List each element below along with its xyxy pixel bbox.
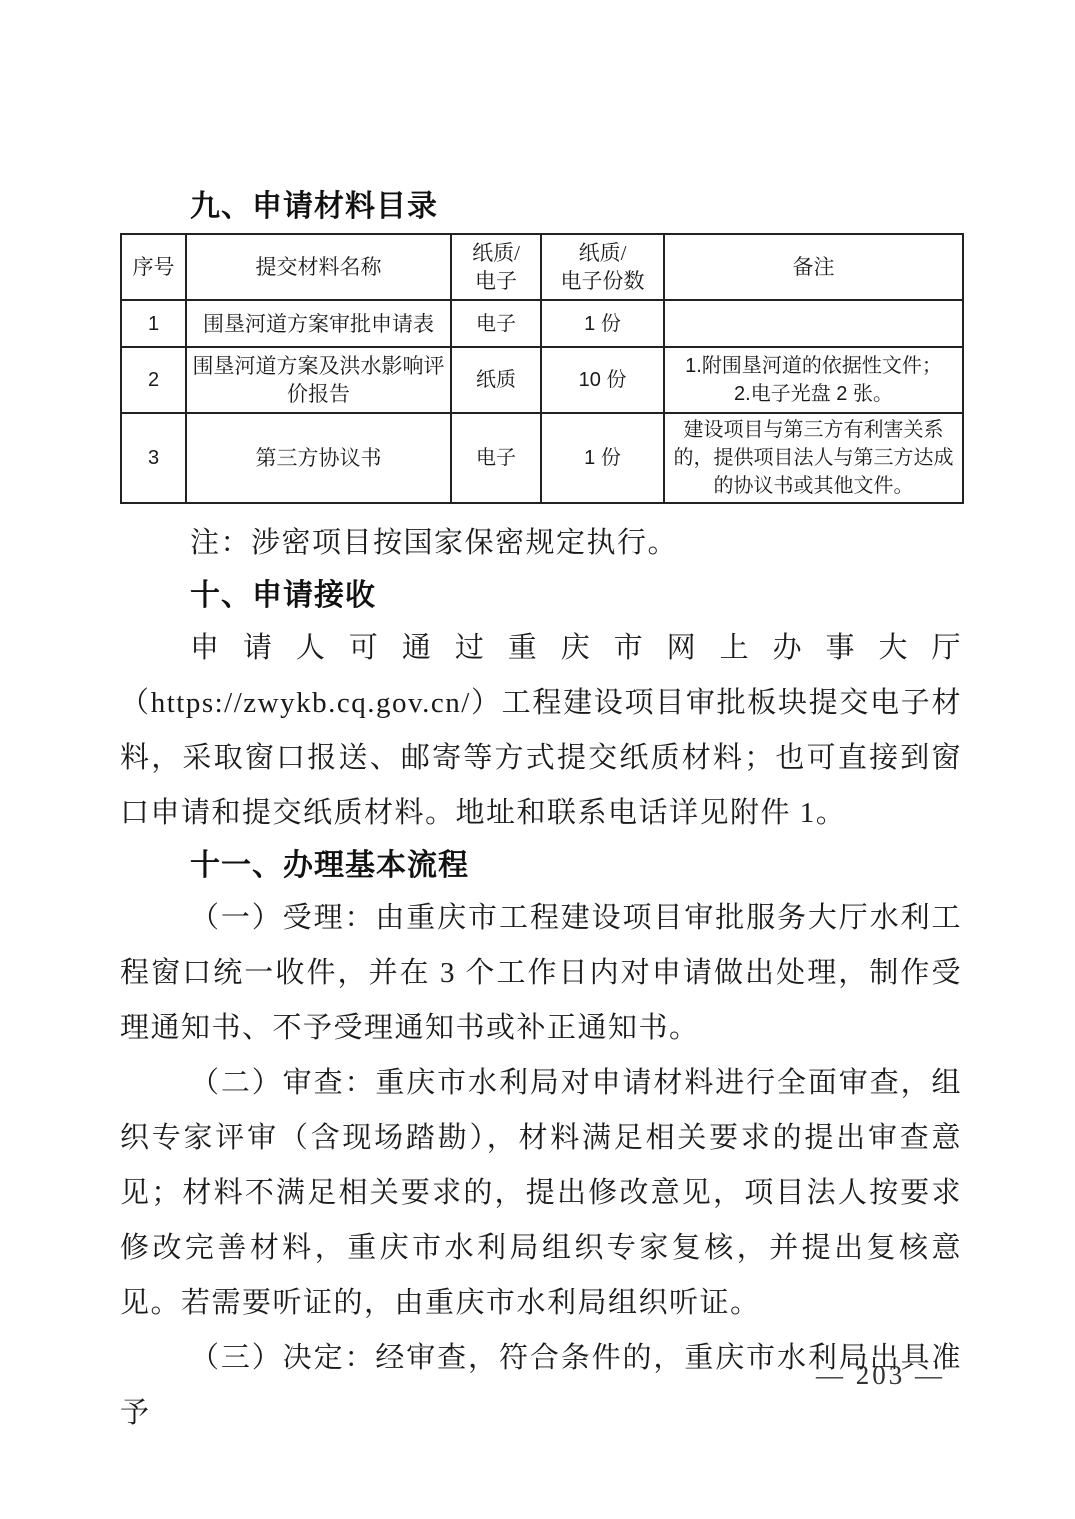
cell-medium: 纸质	[451, 347, 541, 413]
section11-paragraph-2: （二）审查：重庆市水利局对申请材料进行全面审查，组织专家评审（含现场踏勘），材料…	[120, 1056, 962, 1331]
cell-copies: 1 份	[541, 413, 664, 503]
section10-paragraph: 申请人可通过重庆市网上办事大厅（https://zwykb.cq.gov.cn/…	[120, 621, 962, 841]
cell-name: 围垦河道方案及洪水影响评价报告	[186, 347, 451, 413]
cell-copies: 1 份	[541, 300, 664, 347]
header-cell-no: 序号	[121, 234, 186, 300]
cell-medium: 电子	[451, 413, 541, 503]
header-cell-medium: 纸质/ 电子	[451, 234, 541, 300]
cell-no: 1	[121, 300, 186, 347]
cell-no: 2	[121, 347, 186, 413]
page-number: — 203 —	[816, 1360, 945, 1391]
section11-heading: 十一、办理基本流程	[120, 841, 962, 891]
table-header-row: 序号 提交材料名称 纸质/ 电子 纸质/ 电子份数 备注	[121, 234, 963, 300]
cell-remark	[664, 300, 963, 347]
table-row: 2 围垦河道方案及洪水影响评价报告 纸质 10 份 1.附围垦河道的依据性文件；…	[121, 347, 963, 413]
cell-remark: 建设项目与第三方有利害关系的，提供项目法人与第三方达成的协议书或其他文件。	[664, 413, 963, 503]
cell-name: 围垦河道方案审批申请表	[186, 300, 451, 347]
materials-table: 序号 提交材料名称 纸质/ 电子 纸质/ 电子份数 备注 1 围垦河道方案审批申…	[120, 233, 964, 504]
header-cell-copies: 纸质/ 电子份数	[541, 234, 664, 300]
section11-paragraph-1: （一）受理：由重庆市工程建设项目审批服务大厅水利工程窗口统一收件，并在 3 个工…	[120, 891, 962, 1056]
document-page: 九、申请材料目录 序号 提交材料名称 纸质/ 电子 纸质/ 电子份数 备注 1	[0, 0, 1075, 1519]
section9-heading: 九、申请材料目录	[120, 182, 962, 232]
header-cell-remark: 备注	[664, 234, 963, 300]
cell-no: 3	[121, 413, 186, 503]
cell-medium: 电子	[451, 300, 541, 347]
confidential-note: 注：涉密项目按国家保密规定执行。	[120, 516, 962, 571]
header-cell-name: 提交材料名称	[186, 234, 451, 300]
cell-remark: 1.附围垦河道的依据性文件； 2.电子光盘 2 张。	[664, 347, 963, 413]
cell-name: 第三方协议书	[186, 413, 451, 503]
table-row: 3 第三方协议书 电子 1 份 建设项目与第三方有利害关系的，提供项目法人与第三…	[121, 413, 963, 503]
section10-heading: 十、申请接收	[120, 571, 962, 621]
page-content: 九、申请材料目录 序号 提交材料名称 纸质/ 电子 纸质/ 电子份数 备注 1	[120, 0, 962, 1441]
cell-copies: 10 份	[541, 347, 664, 413]
table-row: 1 围垦河道方案审批申请表 电子 1 份	[121, 300, 963, 347]
